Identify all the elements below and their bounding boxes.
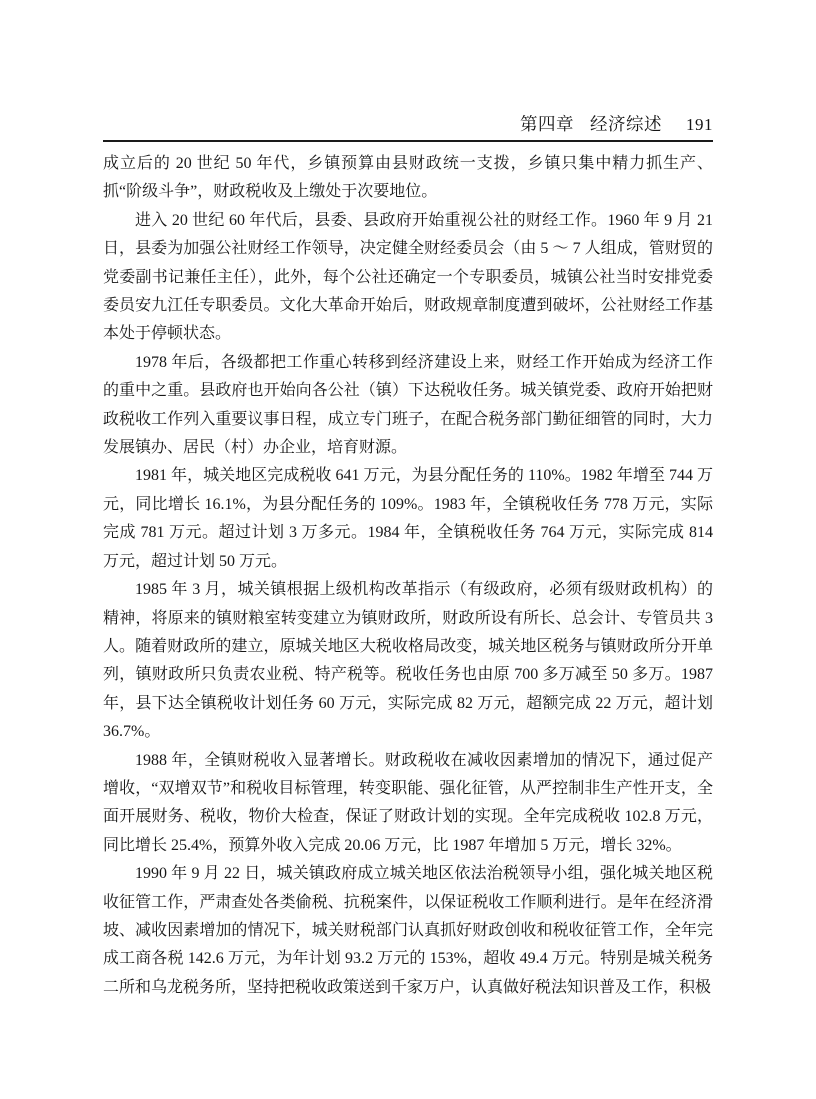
chapter-label: 第四章: [520, 111, 574, 136]
page-number: 191: [686, 115, 713, 135]
paragraph-2: 进入 20 世纪 60 年代后，县委、县政府开始重视公社的财经工作。1960 年…: [103, 207, 713, 349]
book-page: 第四章 经济综述 191 成立后的 20 世纪 50 年代，乡镇预算由县财政统一…: [103, 111, 713, 1002]
section-title: 经济综述: [590, 111, 662, 136]
paragraph-3: 1978 年后，各级都把工作重心转移到经济建设上来，财经工作开始成为经济工作的重…: [103, 349, 713, 463]
paragraph-4: 1981 年，城关地区完成税收 641 万元，为县分配任务的 110%。1982…: [103, 462, 713, 576]
paragraph-1: 成立后的 20 世纪 50 年代，乡镇预算由县财政统一支拨，乡镇只集中精力抓生产…: [103, 150, 713, 207]
paragraph-7: 1990 年 9 月 22 日，城关镇政府成立城关地区依法治税领导小组，强化城关…: [103, 860, 713, 1002]
paragraph-6: 1988 年，全镇财税收入显著增长。财政税收在减收因素增加的情况下，通过促产增收…: [103, 747, 713, 861]
running-header: 第四章 经济综述 191: [103, 111, 713, 142]
paragraph-5: 1985 年 3 月，城关镇根据上级机构改革指示（有级政府，必须有级财政机构）的…: [103, 576, 713, 746]
body-text: 成立后的 20 世纪 50 年代，乡镇预算由县财政统一支拨，乡镇只集中精力抓生产…: [103, 150, 713, 1002]
